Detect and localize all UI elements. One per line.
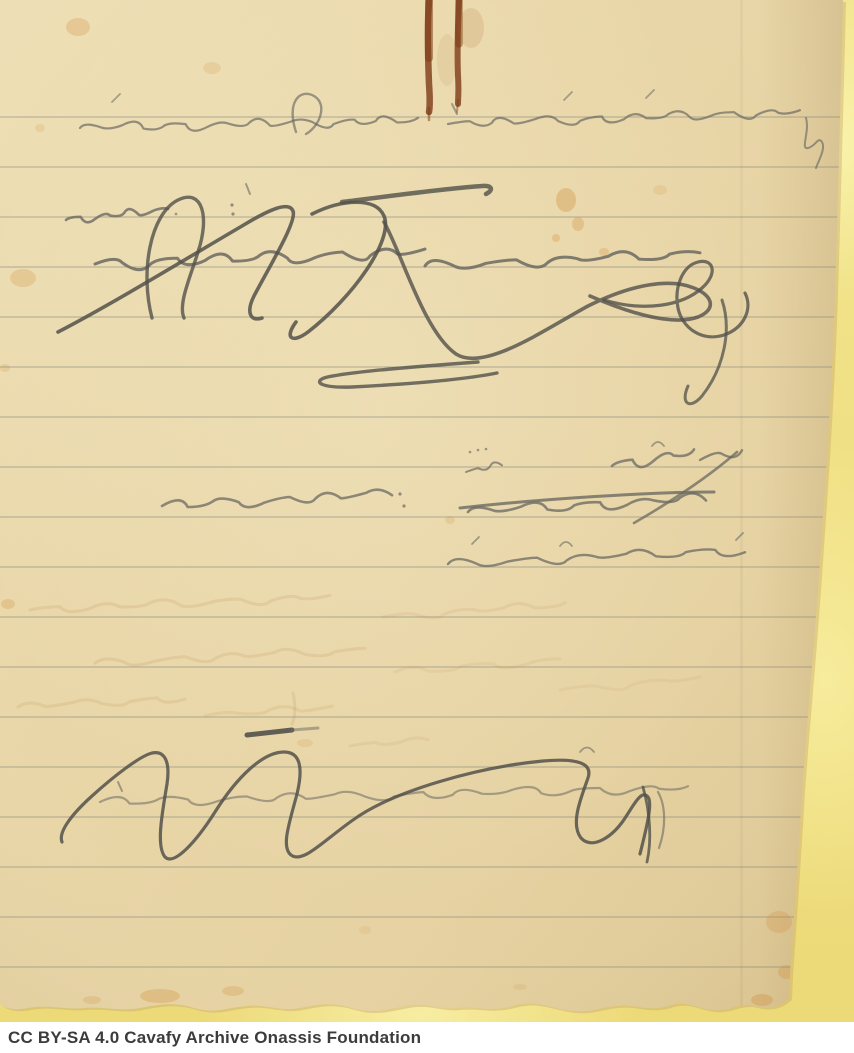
paper-edge-shading	[0, 0, 843, 1011]
stain-spot	[140, 989, 180, 1003]
stain-spot	[513, 984, 527, 990]
stain-spot	[556, 188, 576, 212]
stain-spot	[35, 124, 45, 132]
pencil-dot	[485, 448, 488, 451]
stain-spot	[599, 248, 609, 256]
pencil-dot	[230, 203, 233, 206]
license-caption: CC BY-SA 4.0 Cavafy Archive Onassis Foun…	[8, 1028, 421, 1048]
pencil-dot	[175, 213, 178, 216]
pencil-dot	[398, 492, 401, 495]
stain-spot	[766, 911, 792, 933]
stain-spot	[83, 996, 101, 1004]
drip-stain	[457, 100, 458, 112]
stain-spot	[0, 364, 10, 372]
pencil-dot	[231, 212, 234, 215]
pencil-dot	[469, 451, 472, 454]
pencil-dot	[477, 449, 480, 452]
short-dash	[292, 728, 318, 730]
stain-spot	[10, 269, 36, 287]
stain-spot	[445, 516, 455, 524]
drip-wash	[458, 8, 484, 48]
stain-spot	[297, 739, 313, 747]
stain-spot	[359, 926, 371, 934]
stain-spot	[572, 217, 584, 231]
stain-spot	[552, 234, 560, 242]
stain-spot	[751, 994, 773, 1006]
manuscript-photo	[0, 0, 854, 1022]
drip-wash	[437, 34, 457, 86]
pencil-dot	[402, 504, 405, 507]
manuscript-scan	[0, 0, 854, 1022]
license-caption-bar: CC BY-SA 4.0 Cavafy Archive Onassis Foun…	[0, 1022, 854, 1053]
screenshot: CC BY-SA 4.0 Cavafy Archive Onassis Foun…	[0, 0, 854, 1053]
stain-spot	[222, 986, 244, 996]
stain-spot	[66, 18, 90, 36]
paper-crease	[740, 0, 743, 1022]
stain-spot	[203, 62, 221, 74]
stain-spot	[653, 185, 667, 195]
stain-spot	[1, 599, 15, 609]
